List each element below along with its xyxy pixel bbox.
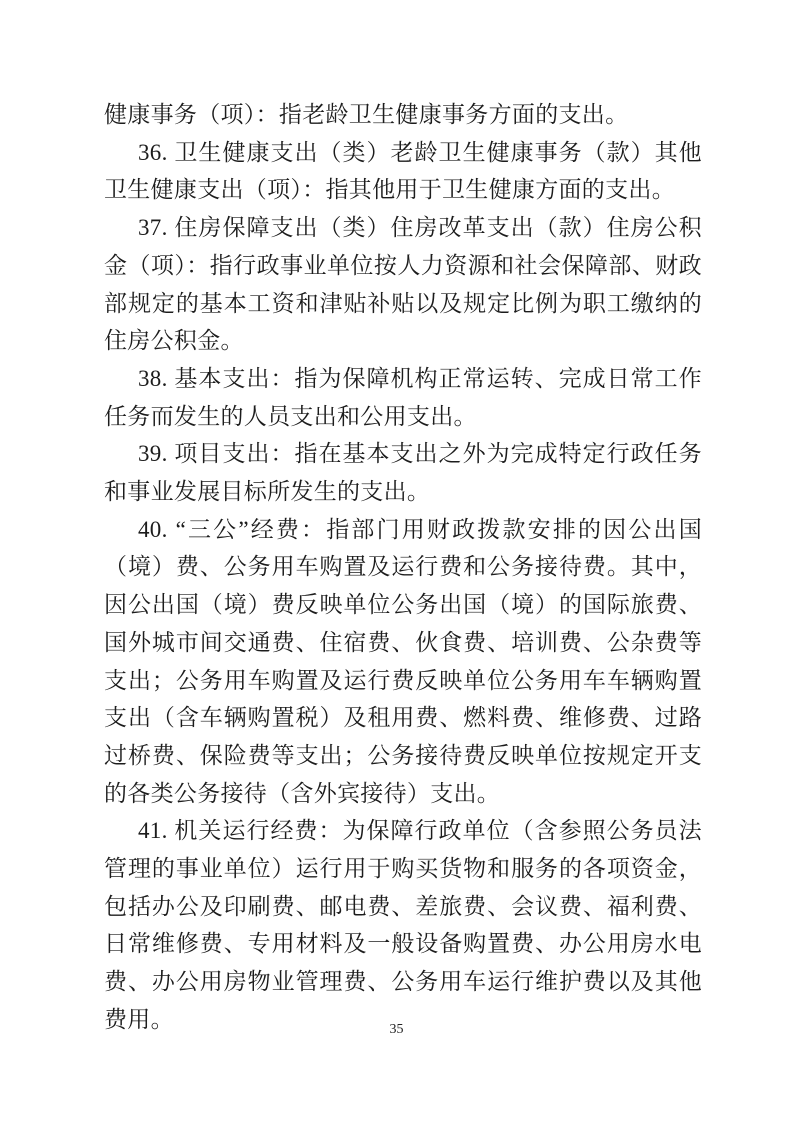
paragraph: 40. “三公”经费：指部门用财政拨款安排的因公出国（境）费、公务用车购置及运行… xyxy=(104,511,702,813)
paragraph: 健康事务（项）：指老龄卫生健康事务方面的支出。 xyxy=(104,96,702,134)
document-page: 健康事务（项）：指老龄卫生健康事务方面的支出。36. 卫生健康支出（类）老龄卫生… xyxy=(0,0,793,1122)
document-body-text: 健康事务（项）：指老龄卫生健康事务方面的支出。36. 卫生健康支出（类）老龄卫生… xyxy=(104,96,702,1039)
paragraph: 38. 基本支出：指为保障机构正常运转、完成日常工作任务而发生的人员支出和公用支… xyxy=(104,360,702,435)
page-number: 35 xyxy=(0,1022,793,1038)
paragraph: 39. 项目支出：指在基本支出之外为完成特定行政任务和事业发展目标所发生的支出。 xyxy=(104,435,702,510)
paragraph: 36. 卫生健康支出（类）老龄卫生健康事务（款）其他卫生健康支出（项）：指其他用… xyxy=(104,134,702,209)
paragraph: 41. 机关运行经费：为保障行政单位（含参照公务员法管理的事业单位）运行用于购买… xyxy=(104,812,702,1038)
paragraph: 37. 住房保障支出（类）住房改革支出（款）住房公积金（项）：指行政事业单位按人… xyxy=(104,209,702,360)
